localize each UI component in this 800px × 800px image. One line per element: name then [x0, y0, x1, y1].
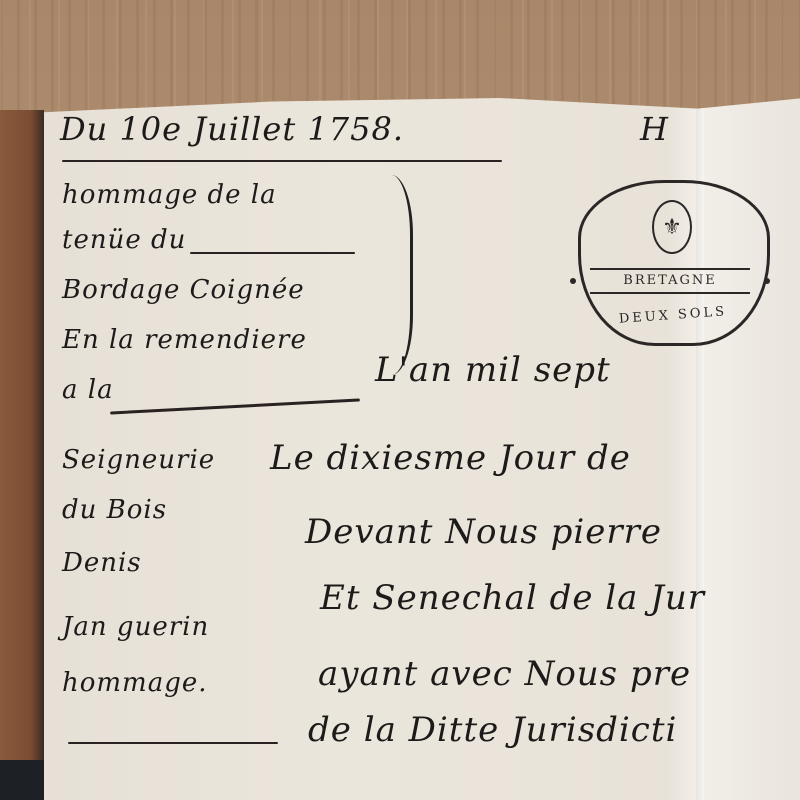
fleur-de-lis-icon: ⚜ [652, 200, 692, 254]
document-date-header: Du 10e Juillet 1758. [60, 110, 404, 148]
margin-brace [370, 175, 413, 375]
stamp-region-label: BRETAGNE [590, 268, 750, 294]
margin-note: du Bois [62, 495, 167, 525]
margin-note: En la remendiere [62, 325, 307, 355]
stamp-dot [570, 278, 576, 284]
header-underline [62, 160, 502, 162]
dark-object-corner [0, 760, 44, 800]
body-line: Devant Nous pierre [305, 512, 662, 552]
body-line: L'an mil sept [375, 350, 611, 390]
stamp-dot [764, 278, 770, 284]
margin-note: Bordage Coignée [62, 275, 305, 305]
margin-note: hommage de la [62, 180, 277, 210]
margin-note: Jan guerin [62, 612, 209, 642]
reference-mark: H [640, 110, 669, 148]
body-line: Le dixiesme Jour de [270, 438, 631, 478]
margin-note: a la [62, 375, 114, 405]
wooden-table-edge [0, 110, 44, 800]
body-line: de la Ditte Jurisdicti [308, 710, 677, 750]
margin-note: hommage. [62, 668, 208, 698]
body-line: Et Senechal de la Jur [320, 578, 705, 618]
margin-note: Seigneurie [62, 445, 215, 475]
margin-rule [68, 742, 278, 744]
margin-rule [190, 252, 355, 254]
margin-note: tenüe du [62, 225, 186, 255]
tax-stamp: ⚜ BRETAGNE DEUX SOLS [568, 160, 774, 350]
body-line: ayant avec Nous pre [318, 654, 691, 694]
margin-note: Denis [62, 548, 142, 578]
